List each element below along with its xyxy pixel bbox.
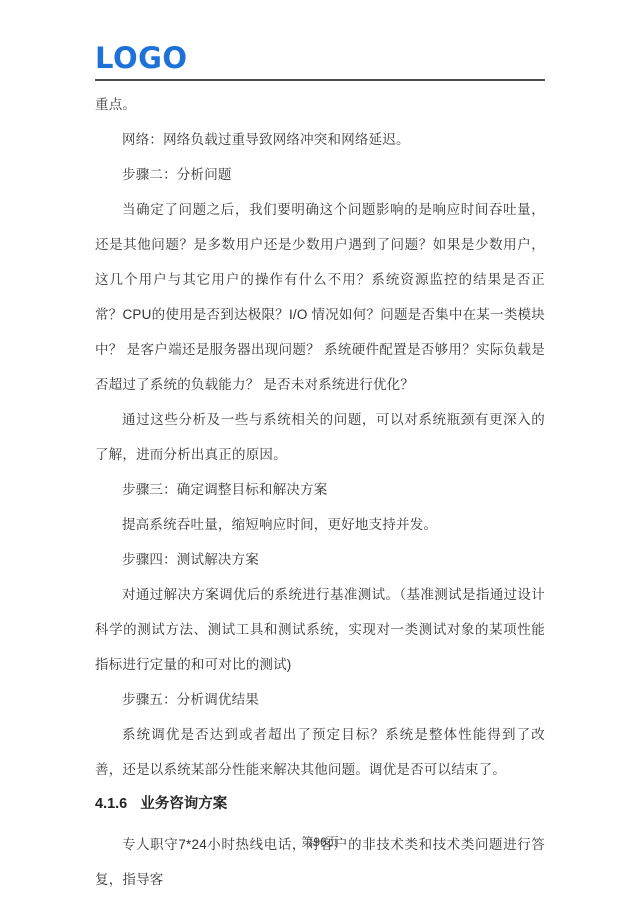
paragraph-step5-title: 步骤五：分析调优结果 bbox=[95, 682, 545, 717]
document-page: LOGO 重点。 网络：网络负载过重导致网络冲突和网络延迟。 步骤二：分析问题 … bbox=[0, 0, 640, 906]
page-number: 第96页 bbox=[0, 833, 640, 850]
section-heading-title: 业务咨询方案 bbox=[140, 796, 227, 812]
paragraph-step4-title: 步骤四：测试解决方案 bbox=[95, 542, 545, 577]
paragraph-step2-title: 步骤二：分析问题 bbox=[95, 157, 545, 192]
paragraph-step2-conclusion: 通过这些分析及一些与系统相关的问题，可以对系统瓶颈有更深入的了解，进而分析出真正… bbox=[95, 402, 545, 472]
section-heading-number: 4.1.6 bbox=[95, 793, 127, 815]
document-body: 重点。 网络：网络负载过重导致网络冲突和网络延迟。 步骤二：分析问题 当确定了问… bbox=[95, 87, 545, 897]
paragraph-step2-body: 当确定了问题之后，我们要明确这个问题影响的是响应时间吞吐量，还是其他问题？是多数… bbox=[95, 192, 545, 402]
section-heading-416: 4.1.6业务咨询方案 bbox=[95, 793, 545, 815]
company-logo: LOGO bbox=[95, 42, 545, 74]
paragraph-step3-title: 步骤三：确定调整目标和解决方案 bbox=[95, 472, 545, 507]
paragraph-continuation: 重点。 bbox=[95, 87, 545, 122]
paragraph-step4-body: 对通过解决方案调优后的系统进行基准测试。（基准测试是指通过设计科学的测试方法、测… bbox=[95, 577, 545, 682]
paragraph-step5-body: 系统调优是否达到或者超出了预定目标？系统是整体性能得到了改善，还是以系统某部分性… bbox=[95, 717, 545, 787]
header-divider bbox=[95, 79, 545, 81]
paragraph-network-note: 网络：网络负载过重导致网络冲突和网络延迟。 bbox=[95, 122, 545, 157]
paragraph-step3-body: 提高系统吞吐量，缩短响应时间，更好地支持并发。 bbox=[95, 507, 545, 542]
